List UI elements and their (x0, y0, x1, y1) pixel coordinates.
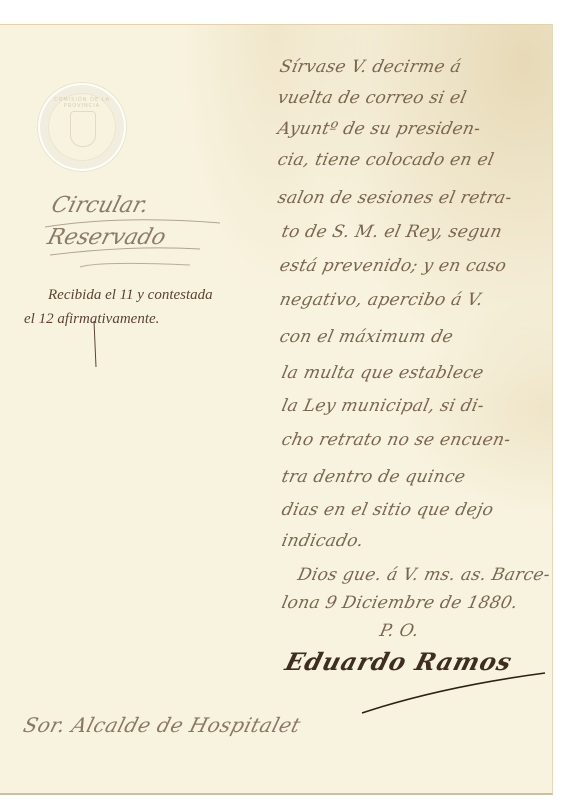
body-line: Sírvase V. decirme á (278, 57, 463, 77)
body-line: la Ley municipal, si di- (280, 396, 486, 416)
body-line: cho retrato no se encuen- (280, 430, 513, 450)
heading-flourish-icon (40, 205, 240, 275)
body-line: indicado. (280, 531, 366, 551)
addressee: Sor. Alcalde de Hospitalet (21, 713, 304, 737)
body-line: negativo, apercibo á V. (278, 290, 485, 310)
note-stroke-icon (90, 321, 100, 371)
closing-line1: Dios gue. á V. ms. as. Barce- (296, 565, 552, 585)
signature-flourish-icon (360, 667, 550, 717)
body-line: con el máximum de (278, 327, 455, 347)
closing-date: lona 9 Diciembre de 1880. (280, 593, 520, 613)
closing-po: P. O. (378, 621, 421, 641)
seal-text: COMISIÓN DE LA PROVINCIA (40, 97, 124, 109)
body-line: vuelta de correo si el (276, 88, 468, 108)
embossed-seal-icon: COMISIÓN DE LA PROVINCIA (38, 83, 126, 171)
body-line: está prevenido; y en caso (278, 256, 508, 276)
body-line: la multa que establece (280, 363, 486, 383)
body-line: Ayuntº de su presiden- (276, 119, 482, 139)
body-line: tra dentro de quince (280, 467, 467, 487)
body-line: dias en el sitio que dejo (280, 500, 495, 520)
body-line: salon de sesiones el retra- (276, 188, 514, 208)
coat-of-arms-icon (70, 111, 96, 147)
document-page: COMISIÓN DE LA PROVINCIA Circular. Reser… (0, 24, 553, 795)
body-line: cia, tiene colocado en el (276, 150, 496, 170)
body-line: to de S. M. el Rey, segun (280, 222, 504, 242)
marginal-note-line1: Recibida el 11 y contestada (48, 287, 213, 304)
